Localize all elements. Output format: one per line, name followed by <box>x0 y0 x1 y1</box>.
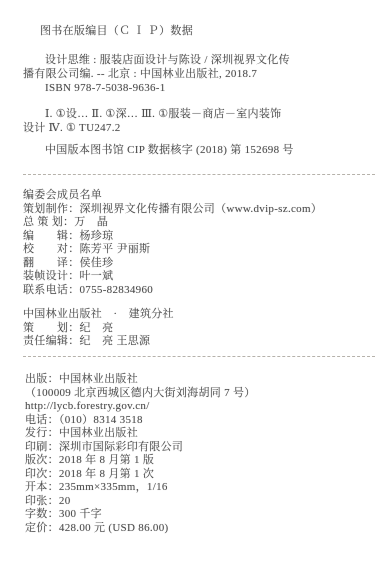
cip-isbn: ISBN 978-7-5038-9636-1 <box>23 81 290 95</box>
cip-class-line-1: Ⅰ. ①设… Ⅱ. ①深… Ⅲ. ①服装－商店－室内装饰 <box>23 107 281 121</box>
cip-entry-line-1: 设计思维 : 服装店面设计与陈设 / 深圳视界文化传 <box>23 53 290 67</box>
pub-sheets: 印张：20 <box>25 495 256 509</box>
committee-translator: 翻 译：侯佳珍 <box>23 257 322 271</box>
divider-bottom <box>23 356 375 357</box>
pub-price: 定价：428.00 元 (USD 86.00) <box>25 522 256 536</box>
pub-address: （100009 北京西城区德内大街刘海胡同 7 号） <box>25 387 256 401</box>
divider-top <box>23 174 375 175</box>
committee-chief-planner: 总 策 划：万 晶 <box>23 216 322 230</box>
committee-proofreader: 校 对：陈芳平 尹丽斯 <box>23 243 322 257</box>
cip-class-line-2: 设计 Ⅳ. ① TU247.2 <box>23 121 281 135</box>
cip-record-number: 中国版本图书馆 CIP 数据核字 (2018) 第 152698 号 <box>45 143 294 157</box>
committee-editor: 编 辑：杨珍琼 <box>23 230 322 244</box>
branch-planner: 策 划：纪 亮 <box>23 322 174 336</box>
committee-designer: 装帧设计：叶一斌 <box>23 270 322 284</box>
publisher-branch-block: 中国林业出版社 · 建筑分社 策 划：纪 亮 责任编辑：纪 亮 王思源 <box>23 308 174 349</box>
committee-producer: 策划制作：深圳视界文化传播有限公司（www.dvip-sz.com） <box>23 203 322 217</box>
pub-impression: 印次：2018 年 8 月第 1 次 <box>25 468 256 482</box>
colophon-page: 图书在版编目（Ｃ Ｉ Ｐ）数据 设计思维 : 服装店面设计与陈设 / 深圳视界文… <box>0 0 375 562</box>
pub-printer: 印刷：深圳市国际彩印有限公司 <box>25 441 256 455</box>
committee-heading: 编委会成员名单 <box>23 189 322 203</box>
pub-website: http://lycb.forestry.gov.cn/ <box>25 400 256 414</box>
pub-distributor: 发行：中国林业出版社 <box>25 427 256 441</box>
pub-phone: 电话：（010）8314 3518 <box>25 414 256 428</box>
publisher-branch-heading: 中国林业出版社 · 建筑分社 <box>23 308 174 322</box>
pub-format: 开本：235mm×335mm，1/16 <box>25 481 256 495</box>
committee-block: 编委会成员名单 策划制作：深圳视界文化传播有限公司（www.dvip-sz.co… <box>23 189 322 297</box>
pub-word-count: 字数：300 千字 <box>25 508 256 522</box>
pub-edition: 版次：2018 年 8 月第 1 版 <box>25 454 256 468</box>
publication-block: 出版：中国林业出版社 （100009 北京西城区德内大街刘海胡同 7 号） ht… <box>25 373 256 535</box>
committee-phone: 联系电话：0755-82834960 <box>23 284 322 298</box>
cip-title: 图书在版编目（Ｃ Ｉ Ｐ）数据 <box>40 24 193 38</box>
cip-entry: 设计思维 : 服装店面设计与陈设 / 深圳视界文化传 播有限公司编. -- 北京… <box>23 53 290 95</box>
branch-responsible-editor: 责任编辑：纪 亮 王思源 <box>23 335 174 349</box>
pub-publisher: 出版：中国林业出版社 <box>25 373 256 387</box>
cip-entry-line-2: 播有限公司编. -- 北京 : 中国林业出版社, 2018.7 <box>23 67 290 81</box>
cip-classification: Ⅰ. ①设… Ⅱ. ①深… Ⅲ. ①服装－商店－室内装饰 设计 Ⅳ. ① TU2… <box>23 107 281 135</box>
